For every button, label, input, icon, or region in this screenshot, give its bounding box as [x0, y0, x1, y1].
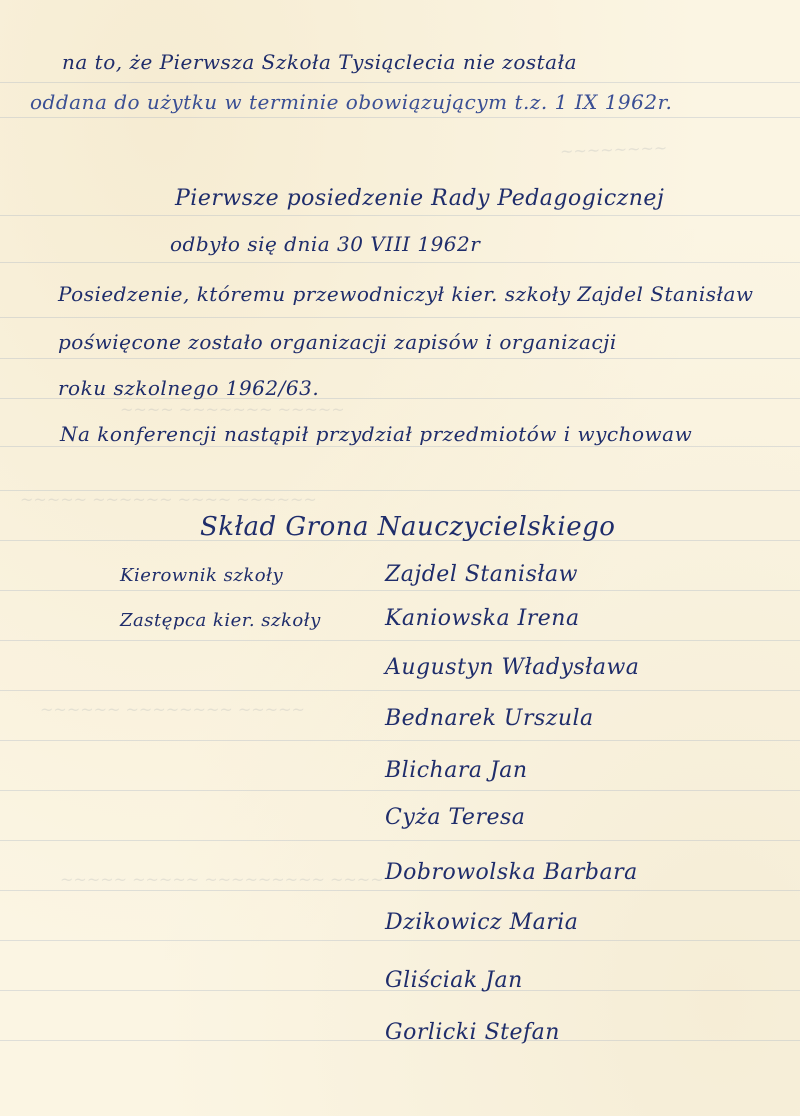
paragraph-line-1: Posiedzenie, któremu przewodniczył kier.…	[58, 282, 754, 306]
ruled-line	[0, 790, 800, 791]
text-line-1: na to, że Pierwsza Szkoła Tysiąclecia ni…	[62, 50, 577, 74]
paragraph-line-4: Na konferencji nastąpił przydział przedm…	[60, 422, 692, 446]
bleed-through-text: ~~~~~ ~~~~~ ~~~~~~~~~ ~~~~	[60, 870, 384, 889]
role-label-head: Kierownik szkoły	[120, 565, 283, 586]
staff-member: Blichara Jan	[385, 758, 528, 783]
staff-member: Dzikowicz Maria	[385, 910, 578, 935]
ruled-line	[0, 640, 800, 641]
paragraph-line-2: poświęcone zostało organizacji zapisów i…	[58, 330, 617, 354]
text-line-2: oddana do użytku w terminie obowiązujący…	[30, 90, 672, 114]
ruled-line	[0, 262, 800, 263]
ruled-line	[0, 215, 800, 216]
ruled-line	[0, 690, 800, 691]
staff-member: Dobrowolska Barbara	[385, 860, 638, 885]
staff-member: Cyża Teresa	[385, 805, 525, 830]
role-label-deputy: Zastępca kier. szkoły	[120, 610, 321, 631]
ruled-line	[0, 890, 800, 891]
staff-section-title: Skład Grona Nauczycielskiego	[200, 512, 615, 542]
meeting-title: Pierwsze posiedzenie Rady Pedagogicznej	[175, 186, 664, 211]
ruled-line	[0, 358, 800, 359]
staff-member: Gliściak Jan	[385, 968, 523, 993]
ruled-line	[0, 446, 800, 447]
ruled-line	[0, 117, 800, 118]
staff-member: Gorlicki Stefan	[385, 1020, 560, 1045]
ruled-line	[0, 940, 800, 941]
bleed-through-text: ~~~~~ ~~~~~~ ~~~~ ~~~~~~	[20, 490, 317, 509]
bleed-through-text: ~~~~ ~~~~~~~ ~~~~~	[120, 400, 345, 419]
ruled-line	[0, 82, 800, 83]
ruled-line	[0, 840, 800, 841]
staff-member: Bednarek Urszula	[385, 706, 594, 731]
meeting-date: odbyło się dnia 30 VIII 1962r	[170, 232, 480, 256]
paragraph-line-3: roku szkolnego 1962/63.	[58, 376, 319, 400]
staff-name-head: Zajdel Stanisław	[385, 562, 578, 587]
bleed-through-text: ~~~~~~~~	[560, 138, 668, 161]
ruled-line	[0, 740, 800, 741]
ruled-line	[0, 590, 800, 591]
paper-background	[0, 0, 800, 1116]
staff-name-deputy: Kaniowska Irena	[385, 606, 580, 631]
ruled-line	[0, 317, 800, 318]
bleed-through-text: ~~~~~~ ~~~~~~~~ ~~~~~	[40, 700, 305, 719]
staff-member: Augustyn Władysława	[385, 655, 639, 680]
